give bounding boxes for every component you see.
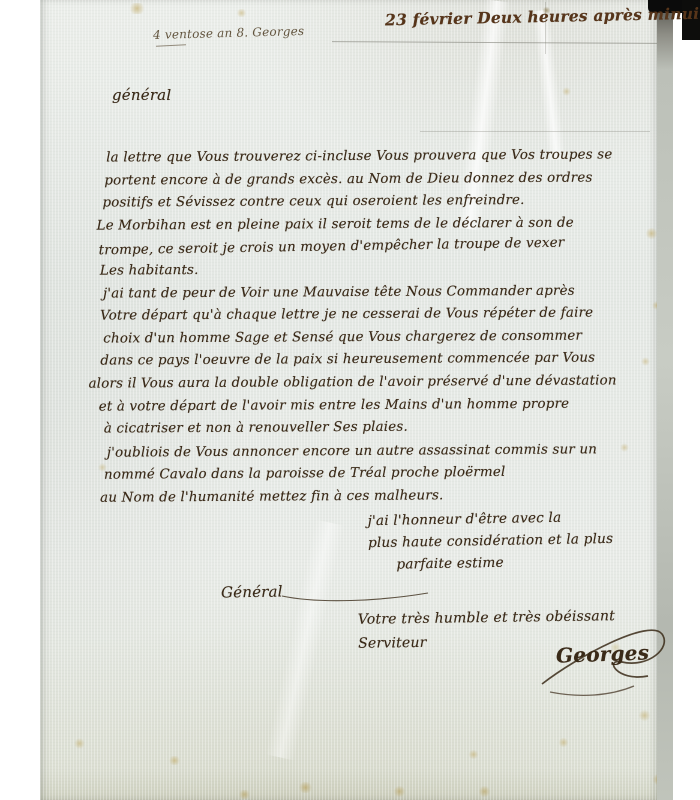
closing-salutation: Général xyxy=(221,582,283,601)
handwriting-line: choix d'un homme Sage et Sensé que Vous … xyxy=(103,325,616,351)
handwriting-line: Votre très humble et très obéissant xyxy=(358,604,615,632)
handwriting-line: positifs et Sévissez contre ceux qui ose… xyxy=(102,190,615,216)
handwriting-line: dans ce pays l'oeuvre de la paix si heur… xyxy=(100,348,616,374)
signature: Georges xyxy=(556,640,650,667)
closing-formula: j'ai l'honneur d'être avec la plus haute… xyxy=(367,506,613,576)
salutation: général xyxy=(112,86,171,104)
handwriting-line: portent encore à de grands excès. au Nom… xyxy=(104,167,615,193)
letter-scan: 4 ventose an 8. Georges 23 février Deux … xyxy=(0,0,700,800)
handwriting-line: la lettre que Vous trouverez ci-incluse … xyxy=(106,144,615,170)
handwriting-line: Votre départ qu'à chaque lettre je ne ce… xyxy=(100,303,616,329)
body-paragraph-1: la lettre que Vous trouverez ci-incluse … xyxy=(99,144,617,441)
handwriting-line: plus haute considération et la plus xyxy=(368,528,614,554)
handwriting-line: alors il Vous aura la double obligation … xyxy=(88,370,616,396)
handwriting-line: et à votre départ de l'avoir mis entre l… xyxy=(99,393,617,419)
body-paragraph-2: j'oubliois de Vous annoncer encore un au… xyxy=(100,439,598,510)
handwriting-line: j'oubliois de Vous annoncer encore un au… xyxy=(107,439,597,465)
handwriting-line: à cicatriser et non à renouveller Ses pl… xyxy=(104,416,617,442)
handwriting-line: j'ai tant de peur de Voir une Mauvaise t… xyxy=(103,280,616,306)
handwriting-line: au Nom de l'humanité mettez fin à ces ma… xyxy=(100,484,597,510)
page-edge-shadow xyxy=(657,0,673,800)
scan-artifact-top-edge xyxy=(88,0,700,3)
handwriting-line: parfaite estime xyxy=(396,550,614,576)
